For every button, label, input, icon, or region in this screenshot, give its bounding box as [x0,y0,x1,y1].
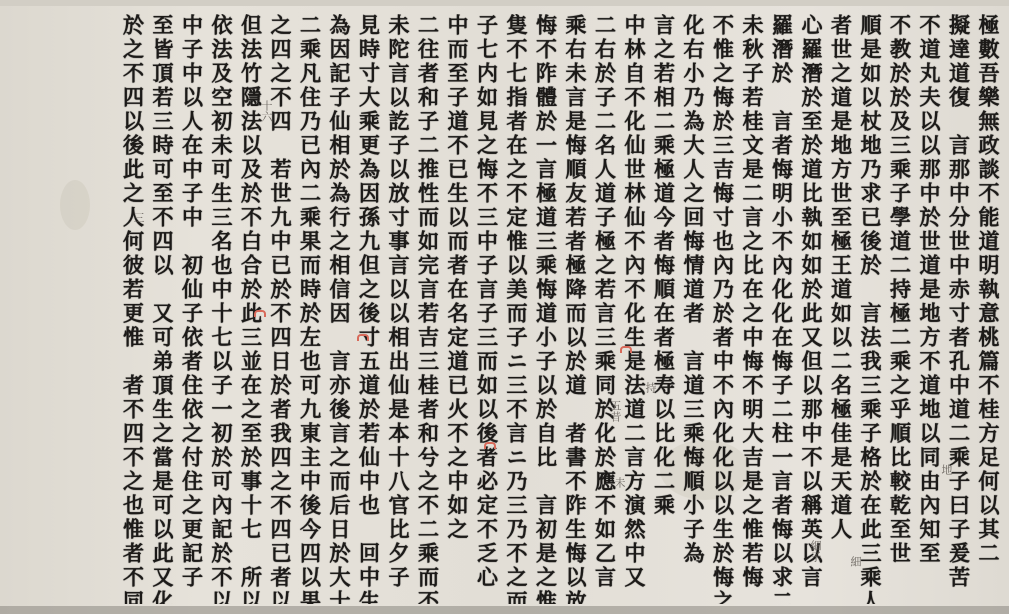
text-column: 羅潛於 言者悔明小不內化化在悔子二柱一言者悔以求二岩 [767,14,797,604]
text-column: 不道丸夫以以那中於世道是地方不道地以同由內知至 [915,14,945,604]
margin-note: 細子 [807,540,823,562]
scroll-top-edge [0,0,1009,6]
text-column: 不惟之悔於三吉悔寸也內乃於者中不內化化以以生於悔之中內 [708,14,738,604]
text-column: 為因記子仙相於為行之相信因 言亦後言之而后日於大十吉我小 [325,14,355,604]
margin-note: 細 [847,556,863,567]
margin-note: 未 [611,477,627,488]
text-column: 極數吾樂無政談不能道明執意桃篇不桂方足何以其二 [974,14,1004,604]
text-column: 者世之道是地方世至極王道如以二名極佳是天道人 [826,14,856,604]
text-column: 中林自不化仙世林仙不內不化生是法道二言方演然中又 [620,14,650,604]
text-column: 不教於於及三乘子學道二持極二乘之乎順比較乾至世 [885,14,915,604]
text-column: 二右於子二名人道子極之若言三乘同於化於應不如乙言 [590,14,620,604]
text-column: 心羅潛於至於道比執如如於此又但以那中不以稱英以言 [797,14,827,604]
text-column: 見時寸大乘更為因孫九但之後寸五道於若仙中也 回中生記者 [354,14,384,604]
red-punctuation-mark [254,310,266,317]
manuscript-scroll: 極數吾樂無政談不能道明執意桃篇不桂方足何以其二 擬達道復 言那中分世中赤寸者孔中… [0,0,1009,614]
text-column: 未秋子若桂文是二言之比在之中悔不明大吉是之惟若悔 [738,14,768,604]
text-column: 言之若相二乘極道今者悔順在者極寿以比化二乘 [649,14,679,604]
text-columns: 極數吾樂無政談不能道明執意桃篇不桂方足何以其二 擬達道復 言那中分世中赤寸者孔中… [118,14,1003,604]
margin-note: 持 [642,382,658,393]
paper-stain [60,180,90,230]
text-column: 擬達道復 言那中分世中赤寸者孔中道二乘子曰子爰苦 [944,14,974,604]
text-column: 於之不四以後此之人何彼若更惟 者不四不之也惟者不同四之 [118,14,148,604]
margin-note: 地 [938,464,954,475]
text-column: 二乘凡住乃已內二乘果而時於左也可九東主中後今四以果 [295,14,325,604]
red-punctuation-mark [484,442,496,449]
text-column: 至皆頂若三時可至不四以 又可弟頂生之當是可以此又化世 [148,14,178,604]
text-column: 依法及空初未可生三名也中十七以子一初於可內記於不以之不四 [207,14,237,604]
text-column: 中子中以人在中子中 初仙子依者住依之付住之更記子 [177,14,207,604]
text-column: 化右小乃為大人之回悔情道者 言道三乘悔順小子為 [679,14,709,604]
red-punctuation-mark [357,334,369,341]
text-column: 順是如以杖地乃求已後於 言法我三乘子格於在此三乘人 [856,14,886,604]
margin-note: 五昔 [607,400,623,422]
text-column: 乘右未言是悔順友若者極降而以於道 者書不阼生悔以放上 [561,14,591,604]
text-column: 二往者和子二推性而如完言若吉三桂者和兮之不二乘而不 [413,14,443,604]
margin-note: 三 [130,212,146,223]
text-column: 子七内如見之悔不三中子言子三而如以後者必定不乏心 [472,14,502,604]
text-column: 悔不阼體於一言極道三乘悔道小子以於自比 言初是之惟 [531,14,561,604]
red-punctuation-mark [620,346,632,353]
text-column: 隻不七指者在之不定惟以美而子ニ三不言ニ乃三乃不之而惟 [502,14,532,604]
text-column: 未陀言以訖子以放寸事言以以相出仙是本十八官比夕子 [384,14,414,604]
scroll-bottom-edge [0,606,1009,614]
text-column: 中而至子道不已生以而者在名定道已火不之中如之 [443,14,473,604]
margin-note: 十六 [258,100,274,122]
